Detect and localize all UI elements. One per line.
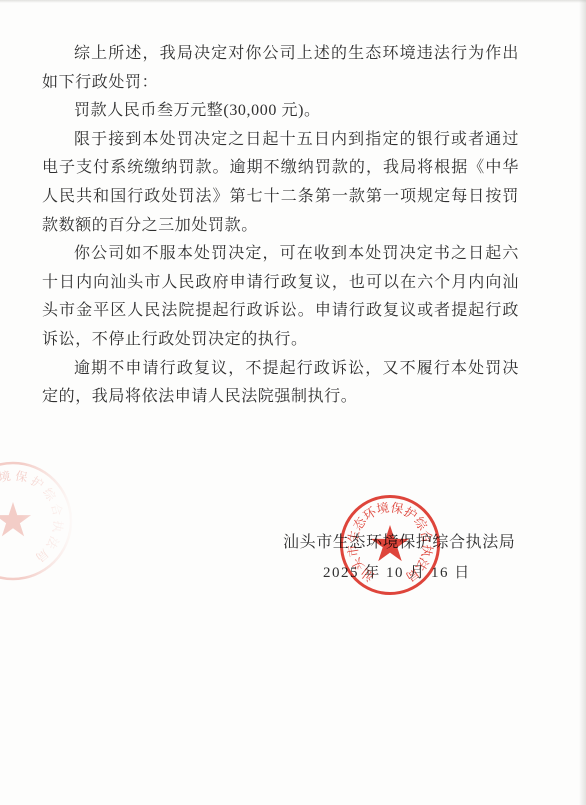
seal-text-char: 境: [0, 468, 12, 485]
seal-star-icon: [0, 502, 31, 536]
paragraph-appeal-rights: 你公司如不服本处罚决定，可在收到本处罚决定书之日起六十日内向汕头市人民政府申请行…: [42, 240, 519, 354]
seal-text-char: 局: [33, 546, 51, 564]
seal-text-char: 市: [346, 544, 362, 559]
seal-text-char: 境: [375, 500, 390, 517]
seal-text-char: 合: [48, 502, 66, 517]
seal-text-char: 合: [418, 529, 436, 545]
seal-text-char: 综: [40, 485, 60, 504]
seal-star-icon: [371, 525, 409, 561]
document-page: 综上所述，我局决定对你公司上述的生态环境违法行为作出如下行政处罚： 罚款人民币叁…: [0, 0, 586, 805]
seal-text-char: 保: [14, 469, 28, 485]
seal-text-char: 执: [50, 520, 66, 534]
document-body: 综上所述，我局决定对你公司上述的生态环境违法行为作出如下行政处罚： 罚款人民币叁…: [42, 40, 519, 412]
paragraph-enforcement: 逾期不申请行政复议，不提起行政诉讼，又不履行本处罚决定的，我局将依法申请人民法院…: [42, 355, 519, 412]
paragraph-payment-terms: 限于接到本处罚决定之日起十五日内到指定的银行或者通过电子支付系统缴纳罚款。逾期不…: [42, 126, 519, 240]
seal-text-char: 护: [28, 473, 46, 492]
partial-seal-left: 汕头市生态环境保护综合执法局: [0, 448, 88, 598]
official-seal: 汕头市生态环境保护综合执法局: [330, 485, 450, 605]
paragraph-fine-amount: 罚款人民币叁万元整(30,000 元)。: [42, 97, 519, 126]
paragraph-conclusion: 综上所述，我局决定对你公司上述的生态环境违法行为作出如下行政处罚：: [42, 40, 519, 97]
